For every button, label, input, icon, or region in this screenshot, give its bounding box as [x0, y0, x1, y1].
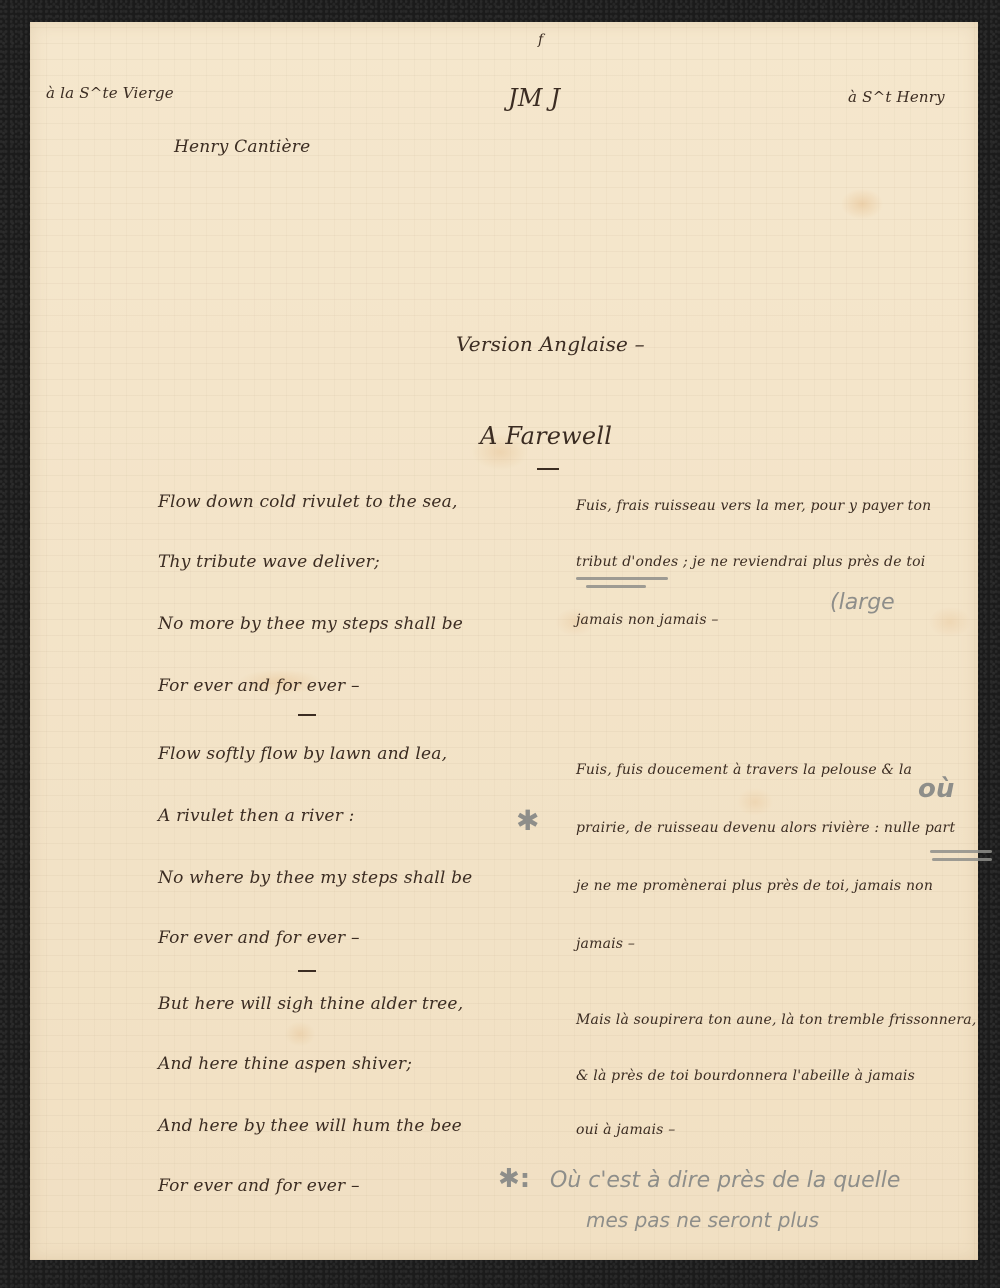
folio-monogram: JM J: [508, 84, 560, 112]
translation-line: tribut d'ondes ; je ne reviendrai plus p…: [576, 554, 925, 570]
pencil-underline: [932, 858, 992, 861]
translation-line: Fuis, fuis doucement à travers la pelous…: [576, 762, 912, 778]
stanza-divider: [298, 970, 316, 972]
author-signature: Henry Cantière: [174, 137, 310, 157]
poem-line: For ever and for ever –: [158, 676, 360, 696]
title-divider: [537, 468, 559, 470]
margin-asterisk-icon: ✱: [516, 804, 539, 837]
poem-line: A rivulet then a river :: [158, 806, 355, 826]
translation-line: Fuis, frais ruisseau vers la mer, pour y…: [576, 498, 931, 514]
poem-line: For ever and for ever –: [158, 1176, 360, 1196]
stanza-divider: [298, 714, 316, 716]
folio-mark: f: [538, 32, 543, 48]
translation-line: oui à jamais –: [576, 1122, 675, 1138]
translation-line: & là près de toi bourdonnera l'abeille à…: [576, 1068, 915, 1084]
version-heading: Version Anglaise –: [456, 332, 645, 356]
manuscript-page: à la S^te Vierge Henry Cantière f JM J à…: [30, 22, 978, 1260]
translation-line: Mais là soupirera ton aune, là ton tremb…: [576, 1012, 977, 1028]
poem-line: Thy tribute wave deliver;: [158, 552, 380, 572]
translation-line: jamais non jamais –: [576, 612, 719, 628]
poem-line: But here will sigh thine alder tree,: [158, 994, 463, 1014]
poem-line: No more by thee my steps shall be: [158, 614, 463, 634]
poem-line: Flow down cold rivulet to the sea,: [158, 492, 458, 512]
pencil-underline: [586, 585, 646, 588]
poem-line: No where by thee my steps shall be: [158, 868, 472, 888]
translation-line: jamais –: [576, 936, 635, 952]
poem-line: And here by thee will hum the bee: [158, 1116, 462, 1136]
poem-line: For ever and for ever –: [158, 928, 360, 948]
dedication-left: à la S^te Vierge: [46, 84, 174, 102]
footnote-line-1: Où c'est à dire près de la quelle: [550, 1168, 900, 1193]
pencil-note-large: (large: [830, 590, 895, 615]
pencil-underline: [576, 577, 668, 580]
translation-line: je ne me promènerai plus près de toi, ja…: [576, 878, 933, 894]
footnote-line-2: mes pas ne seront plus: [586, 1208, 819, 1232]
pencil-insert-ou: où: [918, 774, 954, 804]
translation-line: prairie, de ruisseau devenu alors rivièr…: [576, 820, 955, 836]
poem-line: And here thine aspen shiver;: [158, 1054, 412, 1074]
footnote-asterisk-icon: ✱:: [498, 1164, 530, 1194]
poem-line: Flow softly flow by lawn and lea,: [158, 744, 447, 764]
poem-title: A Farewell: [480, 422, 612, 450]
pencil-underline: [930, 850, 992, 853]
dedication-right: à S^t Henry: [848, 88, 945, 106]
